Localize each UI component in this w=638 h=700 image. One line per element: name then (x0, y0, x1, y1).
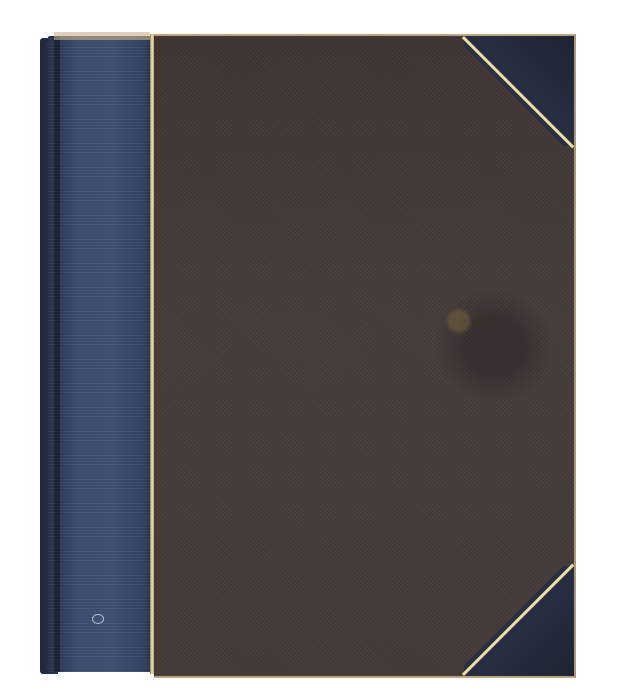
bottom-right-corner-tip (464, 566, 574, 676)
top-right-corner-tip (464, 36, 574, 146)
spine-scratch-mark (92, 614, 104, 624)
spine-cloth (48, 36, 152, 672)
spine-frayed-top (54, 32, 150, 40)
front-cover-board (154, 34, 576, 678)
spine-hinge-groove (54, 36, 60, 672)
book (40, 32, 576, 676)
